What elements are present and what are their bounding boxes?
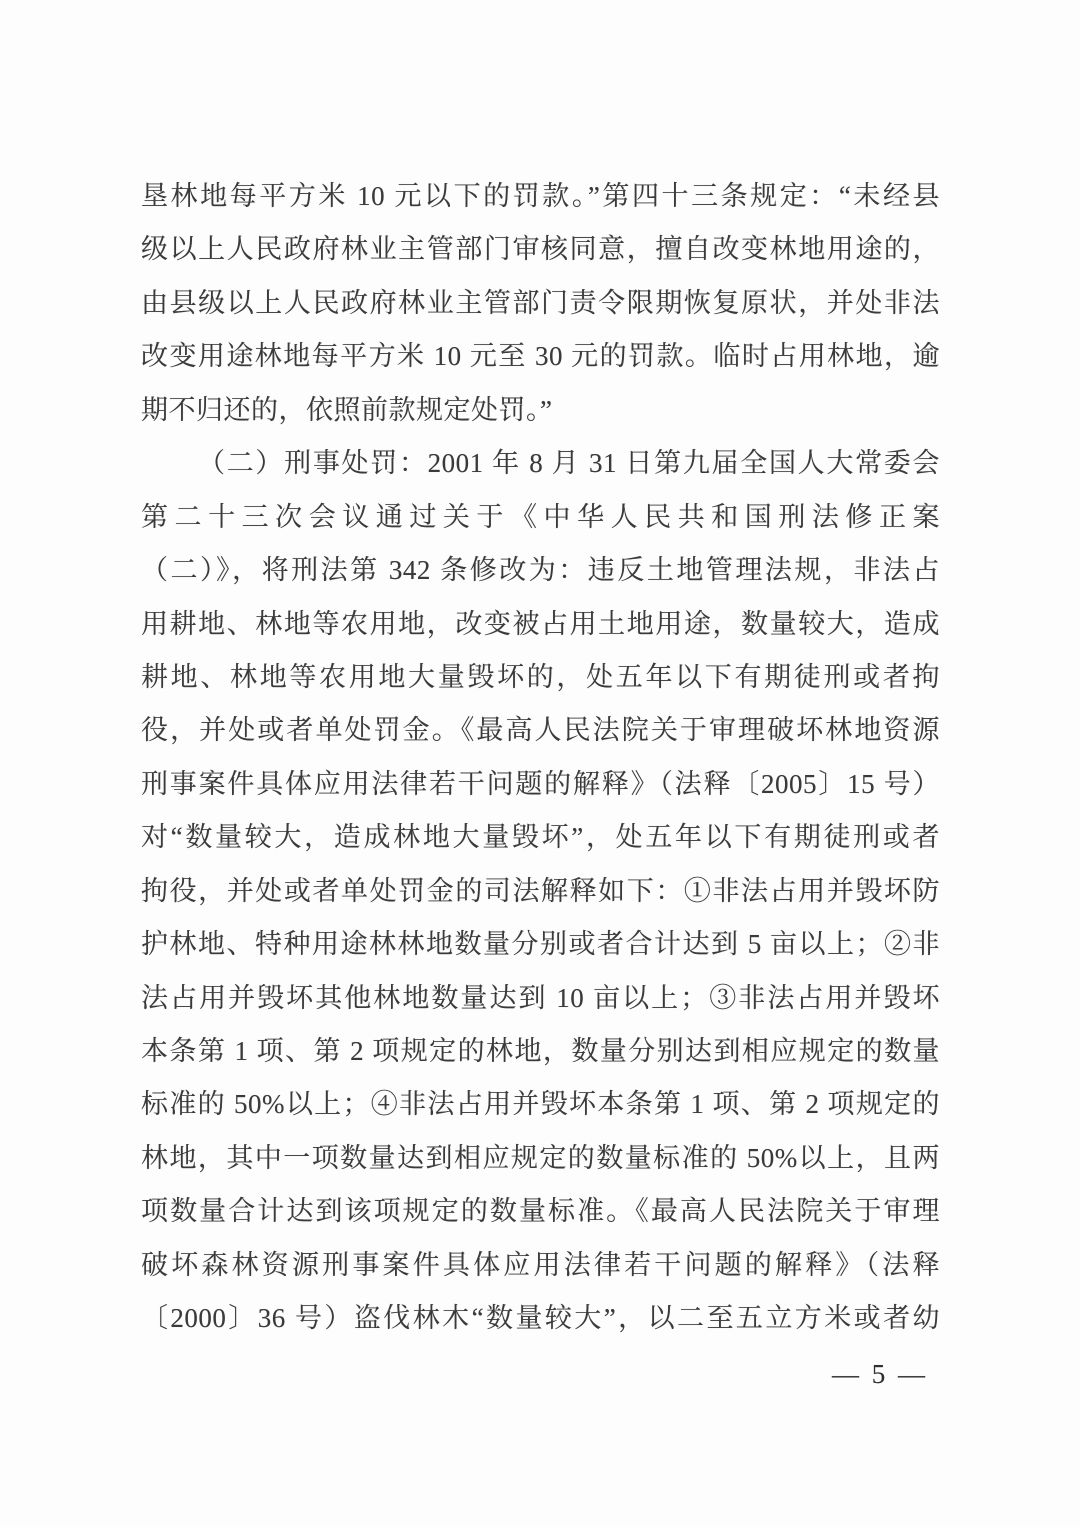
document-line: 标准的 50%以上；④非法占用并毁坏本条第 1 项、第 2 项规定的: [141, 1078, 940, 1131]
document-body: 垦林地每平方米 10 元以下的罚款。”第四十三条规定：“未经县 级以上人民政府林…: [141, 170, 940, 1346]
document-line: 护林地、特种用途林林地数量分别或者合计达到 5 亩以上；②非: [141, 918, 940, 971]
document-line: 期不归还的，依照前款规定处罚。”: [141, 384, 940, 437]
document-line: 林地，其中一项数量达到相应规定的数量标准的 50%以上，且两: [141, 1132, 940, 1185]
document-line: 破坏森林资源刑事案件具体应用法律若干问题的解释》（法释: [141, 1239, 940, 1292]
document-line: 第二十三次会议通过关于《中华人民共和国刑法修正案: [141, 491, 940, 544]
document-line: 级以上人民政府林业主管部门审核同意，擅自改变林地用途的，: [141, 223, 940, 276]
document-line: 拘役，并处或者单处罚金的司法解释如下：①非法占用并毁坏防: [141, 865, 940, 918]
document-line: 〔2000〕36 号）盗伐林木“数量较大”，以二至五立方米或者幼: [141, 1292, 940, 1345]
document-line: 役，并处或者单处罚金。《最高人民法院关于审理破坏林地资源: [141, 704, 940, 757]
document-line: 对“数量较大，造成林地大量毁坏”，处五年以下有期徒刑或者: [141, 811, 940, 864]
document-line: （二）刑事处罚：2001 年 8 月 31 日第九届全国人大常委会: [141, 437, 940, 490]
document-line: 改变用途林地每平方米 10 元至 30 元的罚款。临时占用林地，逾: [141, 330, 940, 383]
document-line: 用耕地、林地等农用地，改变被占用土地用途，数量较大，造成: [141, 598, 940, 651]
document-line: 刑事案件具体应用法律若干问题的解释》（法释〔2005〕15 号）: [141, 758, 940, 811]
document-line: 本条第 1 项、第 2 项规定的林地，数量分别达到相应规定的数量: [141, 1025, 940, 1078]
document-line: 法占用并毁坏其他林地数量达到 10 亩以上；③非法占用并毁坏: [141, 972, 940, 1025]
document-line: 垦林地每平方米 10 元以下的罚款。”第四十三条规定：“未经县: [141, 170, 940, 223]
document-line: 项数量合计达到该项规定的数量标准。《最高人民法院关于审理: [141, 1185, 940, 1238]
page-number: — 5 —: [832, 1356, 928, 1392]
document-page: 垦林地每平方米 10 元以下的罚款。”第四十三条规定：“未经县 级以上人民政府林…: [0, 0, 1080, 1527]
document-line: 由县级以上人民政府林业主管部门责令限期恢复原状，并处非法: [141, 277, 940, 330]
document-line: 耕地、林地等农用地大量毁坏的，处五年以下有期徒刑或者拘: [141, 651, 940, 704]
document-line: （二）》，将刑法第 342 条修改为：违反土地管理法规，非法占: [141, 544, 940, 597]
